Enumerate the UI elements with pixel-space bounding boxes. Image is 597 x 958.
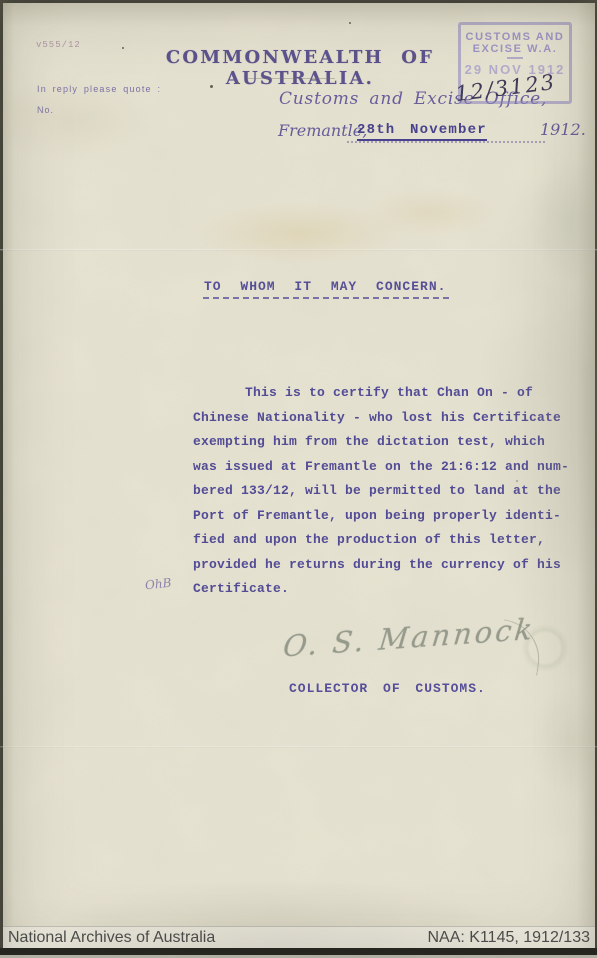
body-line: was issued at Fremantle on the 21:6:12 a… <box>193 455 571 480</box>
scanned-letter-page: v555/12 COMMONWEALTH OF AUSTRALIA. In re… <box>0 0 597 958</box>
file-annotation: v555/12 <box>36 40 81 50</box>
number-label: No. <box>37 105 54 115</box>
body-line: Chinese Nationality - who lost his Certi… <box>193 406 571 431</box>
body-line: Port of Fremantle, upon being properly i… <box>193 504 571 529</box>
stamp-line1: CUSTOMS AND <box>461 31 569 43</box>
reply-quote-label: In reply please quote : <box>37 84 161 94</box>
archive-name-label: National Archives of Australia <box>8 929 215 947</box>
body-line: This is to certify that Chan On - of <box>193 381 571 406</box>
body-line: Certificate. <box>193 577 571 602</box>
stamp-line2: EXCISE W.A. <box>461 43 569 55</box>
body-paragraph: This is to certify that Chan On - of Chi… <box>193 381 571 602</box>
salutation: TO WHOM IT MAY CONCERN. <box>203 279 449 299</box>
year-label: 1912. <box>540 120 586 139</box>
typed-date: 28th November <box>357 122 487 141</box>
body-line: bered 133/12, will be permitted to land … <box>193 479 571 504</box>
signatory-title: COLLECTOR OF CUSTOMS. <box>289 681 486 696</box>
ink-speck <box>414 57 416 59</box>
body-line: fied and upon the production of this let… <box>193 528 571 553</box>
letterhead-title: COMMONWEALTH OF AUSTRALIA. <box>140 47 460 89</box>
ink-speck <box>122 47 124 49</box>
ink-speck <box>210 85 213 88</box>
ink-speck <box>516 480 518 482</box>
body-line: exempting him from the dictation test, w… <box>193 430 571 455</box>
archive-reference-label: NAA: K1145, 1912/133 <box>428 929 591 947</box>
footer-dark-bar <box>0 948 597 955</box>
margin-initials: OhB <box>144 576 172 593</box>
title-divider <box>247 78 335 79</box>
body-line: provided he returns during the currency … <box>193 553 571 578</box>
ink-speck <box>349 22 351 24</box>
ink-speck <box>237 82 239 84</box>
stamp-ornament <box>507 57 523 59</box>
